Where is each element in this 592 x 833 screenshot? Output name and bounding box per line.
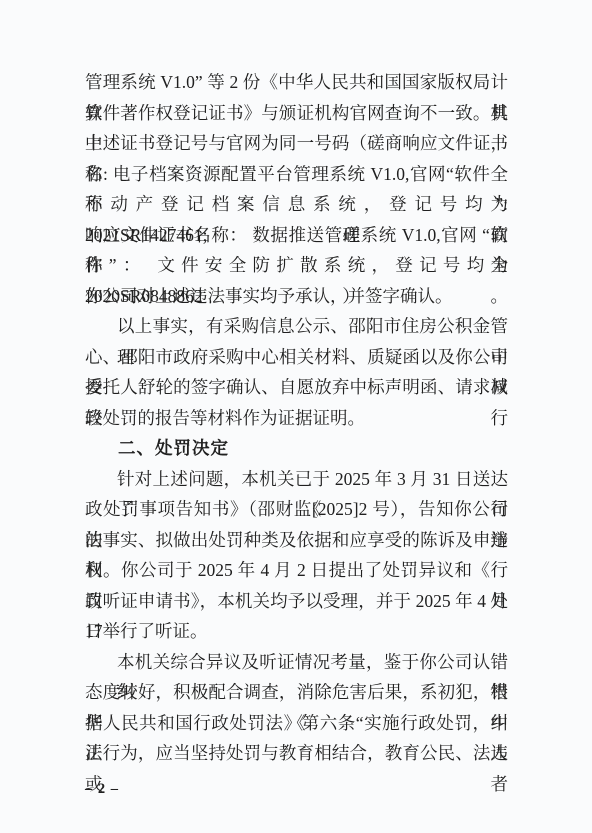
document-line: 心、邵阳市政府采购中心相关材料、质疑函以及你公司授权 (85, 342, 508, 373)
document-line: 华人民共和国行政处罚法》第六条“实施行政处罚，纠正违 (85, 708, 508, 739)
document-line: 本机关综合异议及听证情况考量，鉴于你公司认错纠错 (85, 647, 508, 678)
section-heading: 二、处罚决定 (85, 433, 508, 464)
document-page: 管理系统 V1.0” 等 2 份《中华人民共和国国家版权局计算机软件著作权登记证… (0, 0, 592, 833)
document-line: 软件著作权登记证书》与颁证机构官网查询不一致。其中， (85, 98, 508, 129)
document-line: 称: 电子档案资源配置平台管理系统 V1.0,官网“软件全称”: (85, 159, 508, 190)
document-line: 委托人舒轮的签字确认、自愿放弃中标声明函、请求减轻行 (85, 372, 508, 403)
document-line: 针对上述问题，本机关已于 2025 年 3 月 31 日送达了《行 (85, 464, 508, 495)
document-line: 称”： 文件安全防扩散系统，登记号均为 2020SR0848862）。 (85, 250, 508, 281)
document-line: 法事实、拟做出处罚种类及依据和应享受的陈诉及申辩权 (85, 525, 508, 556)
document-line: 你公司对上述违法事实均予承认，并签字确认。 (85, 281, 508, 312)
document-line: 不动产登记档案信息系统，登记号均为 2021SR1427461; 磋商 (85, 189, 508, 220)
document-line: 罚听证申请书》，本机关均予以受理，并于 2025 年 4 月 17 (85, 586, 508, 617)
document-line: 利。你公司于 2025 年 4 月 2 日提出了处罚异议和《行政处 (85, 555, 508, 586)
page-number: – 2 – (85, 781, 119, 798)
document-line: 法行为，应当坚持处罚与教育相结合，教育公民、法人或者 (85, 738, 508, 769)
document-line: 政处罚事项告知书》（邵财监[2025]2 号），告知你公司的违 (85, 494, 508, 525)
document-body: 管理系统 V1.0” 等 2 份《中华人民共和国国家版权局计算机软件著作权登记证… (85, 67, 508, 769)
document-line: 日举行了听证。 (85, 616, 508, 647)
document-line: 态度较好，积极配合调查，消除危害后果，系初犯，根据《中 (85, 677, 508, 708)
document-line: 响应文件证书名称： 数据推送管理系统 V1.0,官网 “软件全 (85, 220, 508, 251)
document-line: 管理系统 V1.0” 等 2 份《中华人民共和国国家版权局计算机 (85, 67, 508, 98)
document-line: 上述证书登记号与官网为同一号码（磋商响应文件证书名 (85, 128, 508, 159)
document-line: 以上事实，有采购信息公示、邵阳市住房公积金管理中 (85, 311, 508, 342)
